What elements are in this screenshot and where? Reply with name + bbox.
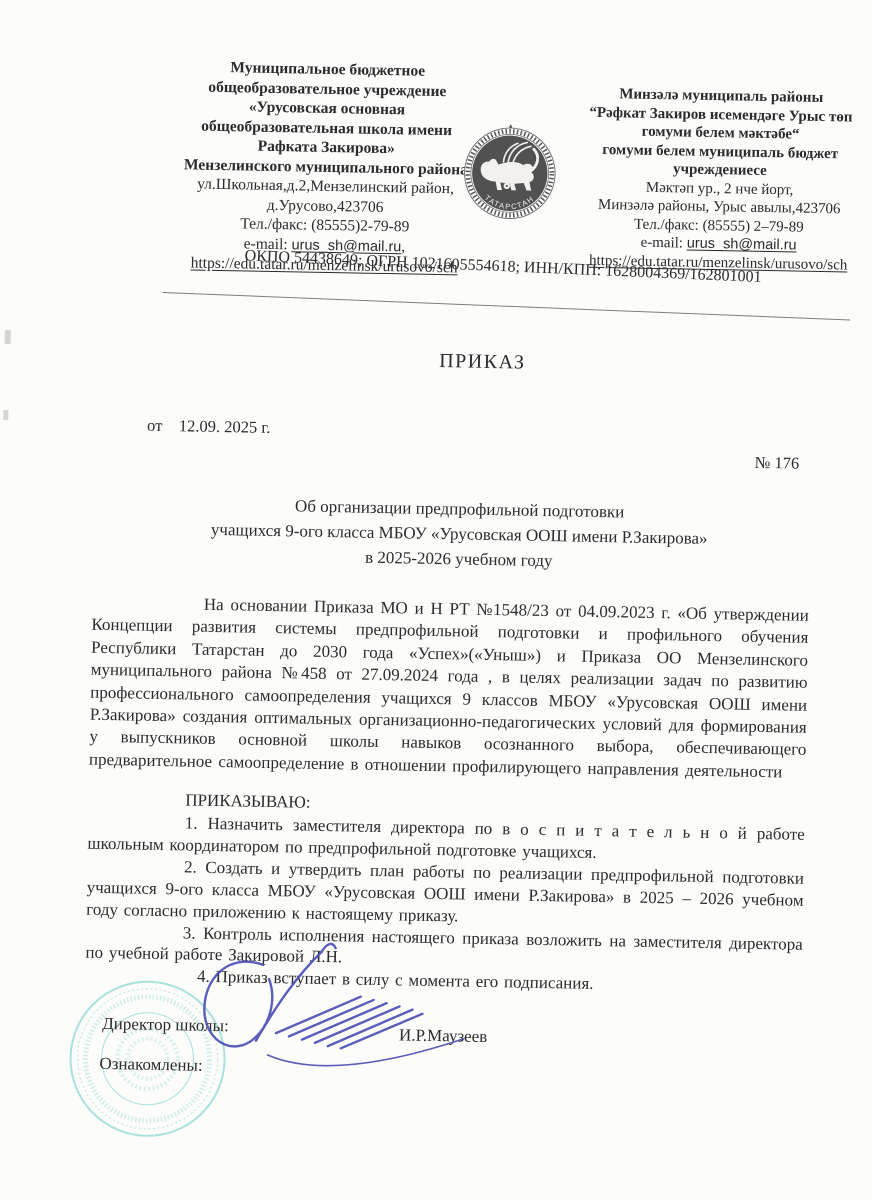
director-signature-ink [171, 933, 654, 1112]
email-address: urus_sh@mail.ru [687, 236, 797, 254]
scanned-order-document: Муниципальное бюджетное общеобразователь… [0, 0, 872, 1200]
school-header-tatar: Минзәлә муниципаль районы “Рәфкат Закиро… [558, 84, 872, 275]
scan-tilt-wrapper: Муниципальное бюджетное общеобразователь… [0, 0, 872, 1200]
order-subject: Об организации предпрофильной подготовки… [63, 489, 856, 579]
order-number: № 176 [754, 453, 799, 474]
resolution-heading: ПРИКАЗЫВАЮ: [88, 789, 311, 813]
scan-artifact [5, 330, 11, 344]
order-preamble: На основании Приказа МО и Н РТ №1548/23 … [89, 592, 809, 784]
tatarstan-emblem-svg: ТАТАРСТАН [460, 121, 560, 225]
divider-line [163, 292, 850, 321]
signature-svg [171, 933, 654, 1112]
scan-artifact [3, 410, 8, 420]
email-label: e-mail: [640, 235, 687, 252]
order-date: от 12.09. 2025 г. [147, 416, 271, 438]
order-item-2: 2. Создать и утвердить план работы по ре… [86, 854, 804, 933]
order-title: ПРИКАЗ [46, 343, 872, 382]
email-suffix: , [401, 238, 405, 255]
tatarstan-emblem-icon: ТАТАРСТАН [460, 121, 560, 225]
